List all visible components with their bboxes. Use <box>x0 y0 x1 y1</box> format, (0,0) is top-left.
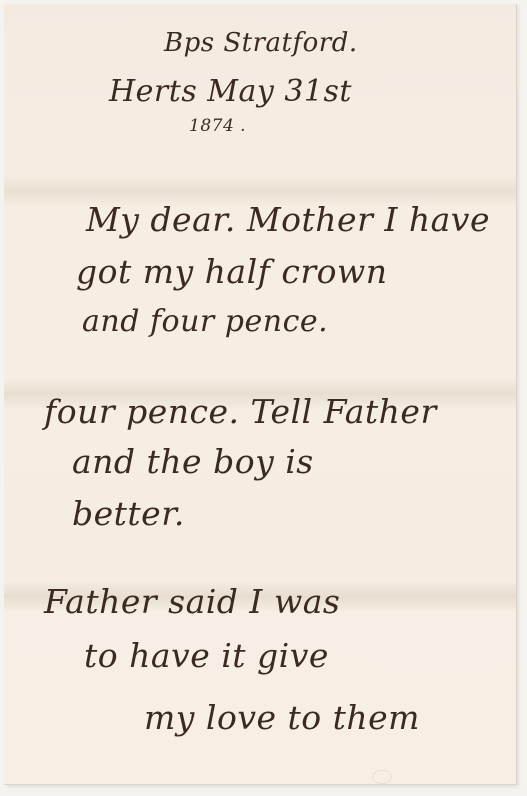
address-line-1: Bps Stratford. <box>164 28 358 58</box>
body-line: to have it give <box>84 636 329 675</box>
body-line: Father said I was <box>44 582 340 621</box>
body-line: and the boy is <box>72 442 314 481</box>
body-line: four pence. Tell Father <box>44 392 437 431</box>
body-line: and four pence. <box>82 304 328 339</box>
body-line: better. <box>72 494 185 533</box>
faint-mark <box>372 770 392 784</box>
letter-paper: Bps Stratford. Herts May 31st 1874 . My … <box>4 4 517 785</box>
body-line: My dear. Mother I have <box>86 200 490 239</box>
address-line-2: Herts May 31st <box>109 74 352 109</box>
body-line: got my half crown <box>76 252 387 291</box>
address-year: 1874 . <box>189 116 246 136</box>
body-line: my love to them <box>144 698 420 737</box>
